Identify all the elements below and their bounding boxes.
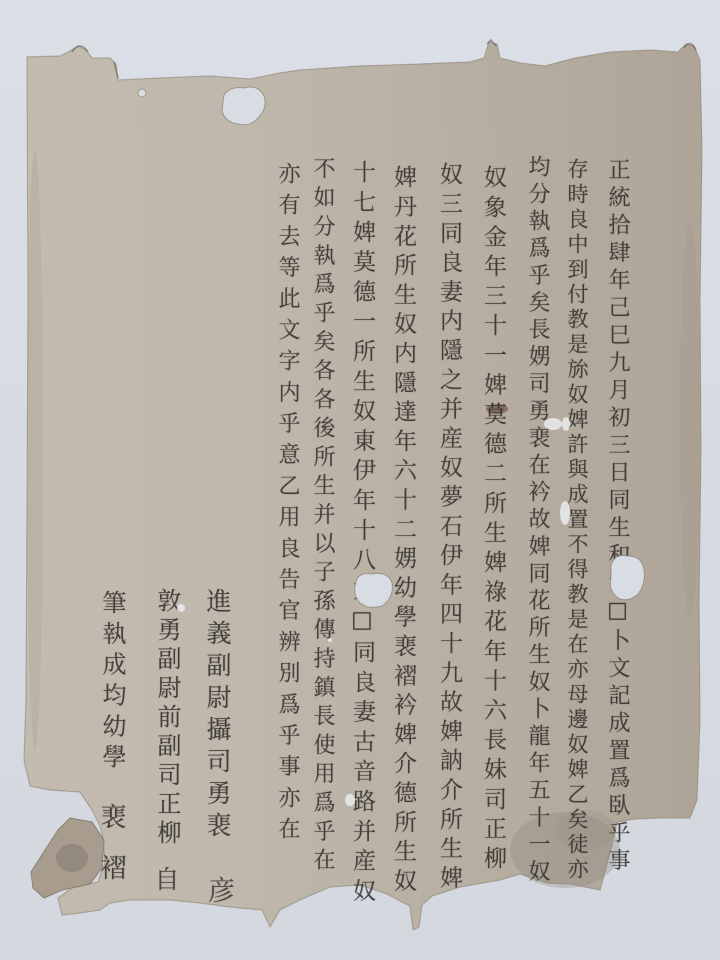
document-photo: 正統拾肆年己巳九月初三日同生和會□卜文記成置爲臥乎事 存時良中到付教是旀奴婢許與… — [0, 0, 720, 960]
signatory-bae-title: 進義副尉攝司勇裵 — [205, 588, 230, 844]
signatory-bae-mark: 彦 — [205, 876, 232, 903]
signatory-ryu-title: 敦勇副尉前副司正柳 — [155, 588, 179, 849]
text-column-3: 均分執爲乎矣長娚司勇裵在衿故婢同花所生奴卜龍年五十一奴 — [526, 155, 548, 887]
signatory-ryu-mark: 自 — [153, 866, 178, 891]
text-column-7: 十七婢莫德一所生奴東伊年十八奴□同良妻古音路并産奴 — [350, 160, 373, 908]
scribe-name: 裵褶 — [98, 803, 124, 905]
text-column-8: 不如分執爲乎矣各各後所生并以子孫傳持鎮長使用爲乎在 — [311, 157, 333, 877]
text-column-2: 存時良中到付教是旀奴婢許與成置不得教是在亦母邊奴婢乙矣徒亦 — [566, 158, 587, 883]
text-column-6: 婢丹花所生奴内隱達年六十二娚幼學裵褶衿婢介德所生奴 — [391, 165, 414, 898]
text-column-4: 奴象金年三十一婢莫德二所生婢祿花年十六長妹司正柳 — [481, 165, 504, 875]
text-column-1: 正統拾肆年己巳九月初三日同生和會□卜文記成置爲臥乎事 — [606, 158, 628, 876]
text-column-5: 奴三同良妻内隱之并産奴夢石伊年四十九故婢訥介所生婢 — [437, 162, 460, 895]
text-column-9: 亦有去等此文字内乎意乙用良告官辨別爲乎事亦在 — [276, 162, 298, 848]
scribe-title: 筆執成均幼學 — [100, 590, 124, 775]
